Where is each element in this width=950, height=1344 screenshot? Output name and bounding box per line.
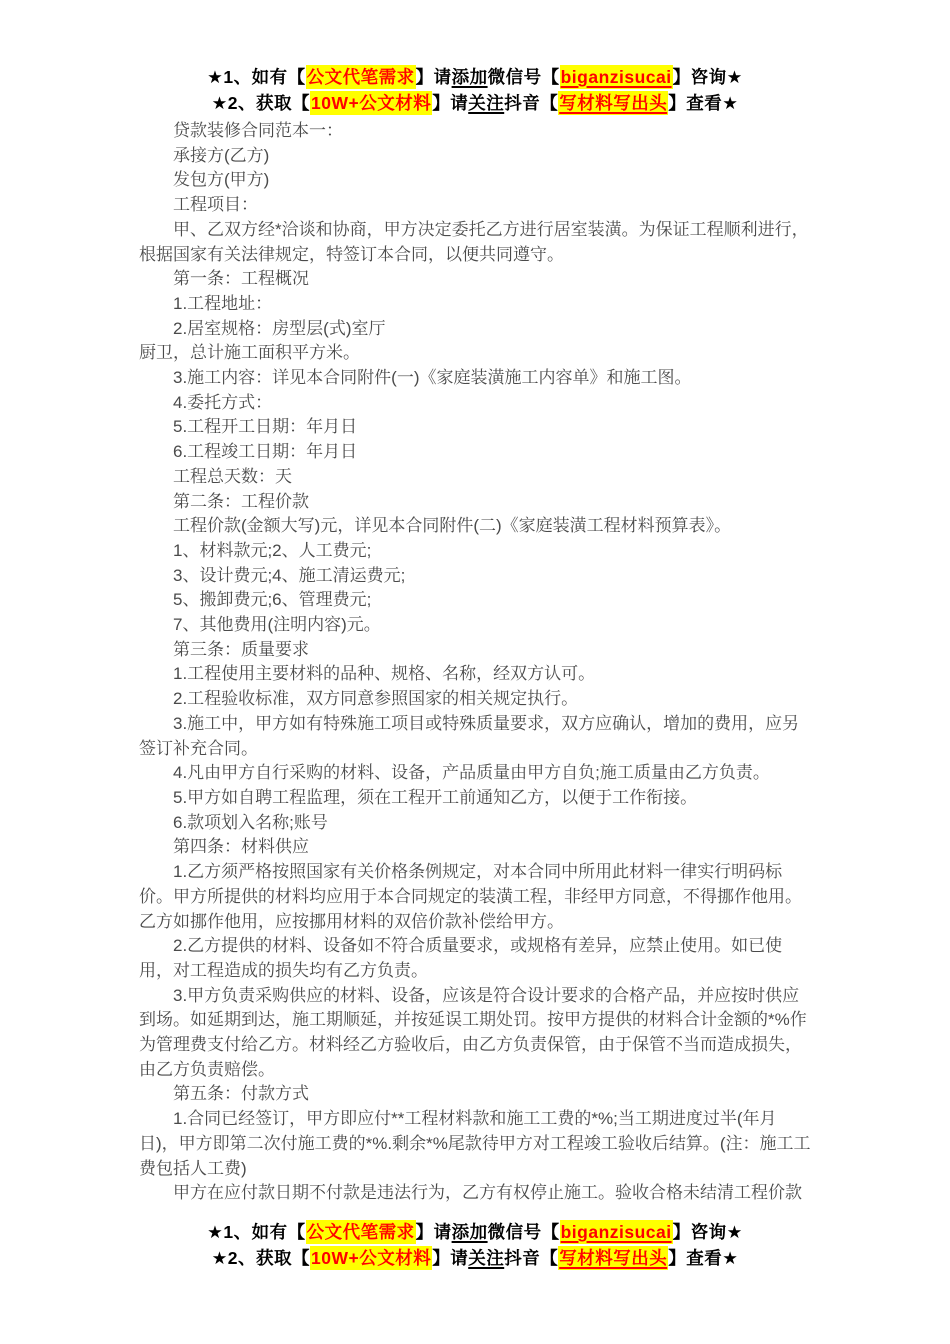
paragraph: 5.甲方如自聘工程监理，须在工程开工前通知乙方，以便于工作衔接。 <box>139 786 811 811</box>
paragraph: 2.居室规格：房型层(式)室厅 <box>139 317 811 342</box>
paragraph: 第四条：材料供应 <box>139 835 811 860</box>
promo-text: 抖音【 <box>504 1248 558 1268</box>
paragraph: 第三条：质量要求 <box>139 638 811 663</box>
paragraph: 2.乙方提供的材料、设备如不符合质量要求，或规格有差异，应禁止使用。如已使用，对… <box>139 934 811 983</box>
promo-text: ★2、获取【 <box>212 93 310 113</box>
paragraph: 1、材料款元;2、人工费元; <box>139 539 811 564</box>
promo-line-1: ★1、如有【公文代笔需求】请添加微信号【biganzisucai】咨询★ <box>0 1219 950 1245</box>
paragraph: 甲、乙双方经*洽谈和协商，甲方决定委托乙方进行居室装潢。为保证工程顺利进行，根据… <box>139 218 811 267</box>
promo-banner-top: ★1、如有【公文代笔需求】请添加微信号【biganzisucai】咨询★ ★2、… <box>0 64 950 116</box>
highlight-gongwen-daibi: 公文代笔需求 <box>306 1220 416 1244</box>
paragraph: 第五条：付款方式 <box>139 1082 811 1107</box>
promo-text: 】请 <box>416 1222 452 1242</box>
highlight-materials: 10W+公文材料 <box>310 91 432 115</box>
promo-text: 微信号【 <box>488 1222 560 1242</box>
promo-text: ★1、如有【 <box>207 1222 305 1242</box>
underline-tianjia: 添加 <box>452 1222 488 1242</box>
paragraph: 5.工程开工日期：年月日 <box>139 415 811 440</box>
paragraph: 3.施工中，甲方如有特殊施工项目或特殊质量要求，双方应确认，增加的费用，应另签订… <box>139 712 811 761</box>
promo-text: ★2、获取【 <box>212 1248 310 1268</box>
paragraph: 4.委托方式： <box>139 391 811 416</box>
highlight-douyin-name: 写材料写出头 <box>558 91 668 115</box>
paragraph: 第一条：工程概况 <box>139 267 811 292</box>
paragraph: 1.工程地址： <box>139 292 811 317</box>
document-page: ★1、如有【公文代笔需求】请添加微信号【biganzisucai】咨询★ ★2、… <box>0 0 950 1344</box>
paragraph: 7、其他费用(注明内容)元。 <box>139 613 811 638</box>
contract-body: 贷款装修合同范本一：承接方(乙方)发包方(甲方)工程项目：甲、乙双方经*洽谈和协… <box>139 119 811 1206</box>
promo-text: 】咨询★ <box>673 67 743 87</box>
promo-text: 】查看★ <box>668 1248 738 1268</box>
promo-line-2: ★2、获取【10W+公文材料】请关注抖音【写材料写出头】查看★ <box>0 90 950 116</box>
paragraph: 甲方在应付款日期不付款是违法行为，乙方有权停止施工。验收合格未结清工程价款 <box>139 1181 811 1206</box>
highlight-materials: 10W+公文材料 <box>310 1246 432 1270</box>
paragraph: 工程总天数：天 <box>139 465 811 490</box>
paragraph: 1.合同已经签订，甲方即应付**工程材料款和施工工费的*%;当工期进度过半(年月… <box>139 1107 811 1181</box>
paragraph: 5、搬卸费元;6、管理费元; <box>139 588 811 613</box>
underline-tianjia: 添加 <box>452 67 488 87</box>
paragraph: 4.凡由甲方自行采购的材料、设备，产品质量由甲方自负;施工质量由乙方负责。 <box>139 761 811 786</box>
paragraph: 1.乙方须严格按照国家有关价格条例规定，对本合同中所用此材料一律实行明码标价。甲… <box>139 860 811 934</box>
promo-text: ★1、如有【 <box>207 67 305 87</box>
highlight-gongwen-daibi: 公文代笔需求 <box>306 65 416 89</box>
paragraph: 工程价款(金额大写)元，详见本合同附件(二)《家庭装潢工程材料预算表》。 <box>139 514 811 539</box>
underline-guanzhu: 关注 <box>468 1248 504 1268</box>
promo-text: 】请 <box>432 1248 468 1268</box>
document-title: 贷款装修合同范本一： <box>139 119 811 144</box>
promo-line-2: ★2、获取【10W+公文材料】请关注抖音【写材料写出头】查看★ <box>0 1245 950 1271</box>
paragraph: 承接方(乙方) <box>139 144 811 169</box>
paragraph: 发包方(甲方) <box>139 168 811 193</box>
highlight-wechat-id: biganzisucai <box>560 1220 673 1244</box>
paragraph: 6.工程竣工日期：年月日 <box>139 440 811 465</box>
promo-line-1: ★1、如有【公文代笔需求】请添加微信号【biganzisucai】咨询★ <box>0 64 950 90</box>
promo-text: 微信号【 <box>488 67 560 87</box>
underline-guanzhu: 关注 <box>468 93 504 113</box>
paragraph: 厨卫，总计施工面积平方米。 <box>139 341 811 366</box>
paragraph: 6.款项划入名称;账号 <box>139 811 811 836</box>
promo-text: 】请 <box>432 93 468 113</box>
paragraph: 工程项目： <box>139 193 811 218</box>
paragraph: 第二条：工程价款 <box>139 490 811 515</box>
highlight-wechat-id: biganzisucai <box>560 65 673 89</box>
promo-text: 】请 <box>416 67 452 87</box>
promo-text: 】咨询★ <box>673 1222 743 1242</box>
paragraph: 2.工程验收标准，双方同意参照国家的相关规定执行。 <box>139 687 811 712</box>
paragraph: 1.工程使用主要材料的品种、规格、名称，经双方认可。 <box>139 662 811 687</box>
promo-text: 】查看★ <box>668 93 738 113</box>
promo-text: 抖音【 <box>504 93 558 113</box>
paragraph: 3.甲方负责采购供应的材料、设备，应该是符合设计要求的合格产品，并应按时供应到场… <box>139 984 811 1083</box>
promo-banner-bottom: ★1、如有【公文代笔需求】请添加微信号【biganzisucai】咨询★ ★2、… <box>0 1219 950 1271</box>
highlight-douyin-name: 写材料写出头 <box>558 1246 668 1270</box>
paragraph: 3、设计费元;4、施工清运费元; <box>139 564 811 589</box>
paragraph: 3.施工内容：详见本合同附件(一)《家庭装潢施工内容单》和施工图。 <box>139 366 811 391</box>
